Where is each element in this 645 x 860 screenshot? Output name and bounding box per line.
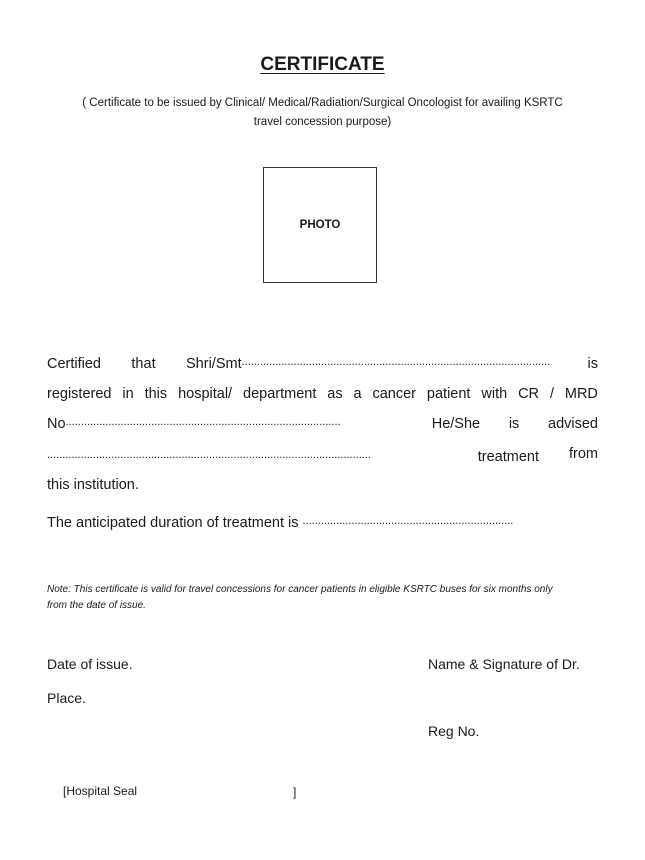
line2-word: cancer [372, 386, 416, 402]
line2-word: in [122, 386, 133, 402]
mrd-blank: ........................................… [66, 416, 403, 432]
body-line-2: registeredinthishospital/departmentasaca… [47, 386, 598, 402]
line2-word: department [243, 386, 316, 402]
hospital-seal-label: [Hospital Seal [63, 784, 137, 798]
line2-word: hospital/ [178, 386, 232, 402]
line2-word: a [354, 386, 362, 402]
line2-word: as [327, 386, 342, 402]
photo-label: PHOTO [300, 219, 341, 231]
body-line-5: this institution. [47, 477, 139, 493]
body-line-4: ........................................… [47, 446, 598, 465]
treatment-blank: ........................................… [47, 449, 478, 465]
note-line-2: from the date of issue. [47, 600, 146, 611]
name-field[interactable]: Shri/Smt ...............................… [186, 356, 598, 372]
word-he-she: He/She [432, 416, 480, 432]
note-line-1: Note: This certificate is valid for trav… [47, 584, 553, 595]
no-label: No [47, 416, 66, 432]
subtitle-line-2: travel concession purpose) [0, 116, 645, 128]
date-of-issue-label: Date of issue. [47, 656, 133, 672]
treatment-field[interactable]: ........................................… [47, 449, 539, 465]
line2-word: patient [427, 386, 471, 402]
shri-smt-label: Shri/Smt [186, 356, 242, 372]
duration-line: The anticipated duration of treatment is… [47, 515, 594, 531]
line2-word: MRD [565, 386, 598, 402]
reg-no-label: Reg No. [428, 723, 479, 739]
line2-word: registered [47, 386, 111, 402]
body-line-3: No .....................................… [47, 416, 598, 432]
word-is-2: is [509, 416, 519, 432]
certificate-title: CERTIFICATE [0, 54, 645, 76]
photo-box: PHOTO [263, 167, 377, 283]
doctor-signature-label: Name & Signature of Dr. [428, 656, 580, 672]
word-treatment: treatment [478, 449, 539, 465]
body-line-1: Certified that Shri/Smt ................… [47, 356, 598, 372]
hospital-seal-close-bracket: ] [293, 785, 296, 799]
line2-word: this [145, 386, 168, 402]
line2-word: / [550, 386, 554, 402]
mrd-number-field[interactable]: No .....................................… [47, 416, 403, 432]
word-advised: advised [548, 416, 598, 432]
place-label: Place. [47, 690, 86, 706]
word-certified: Certified [47, 356, 101, 372]
word-from: from [569, 446, 598, 462]
word-that: that [131, 356, 155, 372]
subtitle-line-1: ( Certificate to be issued by Clinical/ … [0, 97, 645, 109]
line2-word: CR [518, 386, 539, 402]
duration-blank[interactable]: ........................................… [302, 515, 594, 531]
line2-word: with [481, 386, 507, 402]
duration-label: The anticipated duration of treatment is [47, 515, 298, 531]
name-blank: ........................................… [242, 356, 588, 372]
word-is: is [588, 356, 598, 372]
